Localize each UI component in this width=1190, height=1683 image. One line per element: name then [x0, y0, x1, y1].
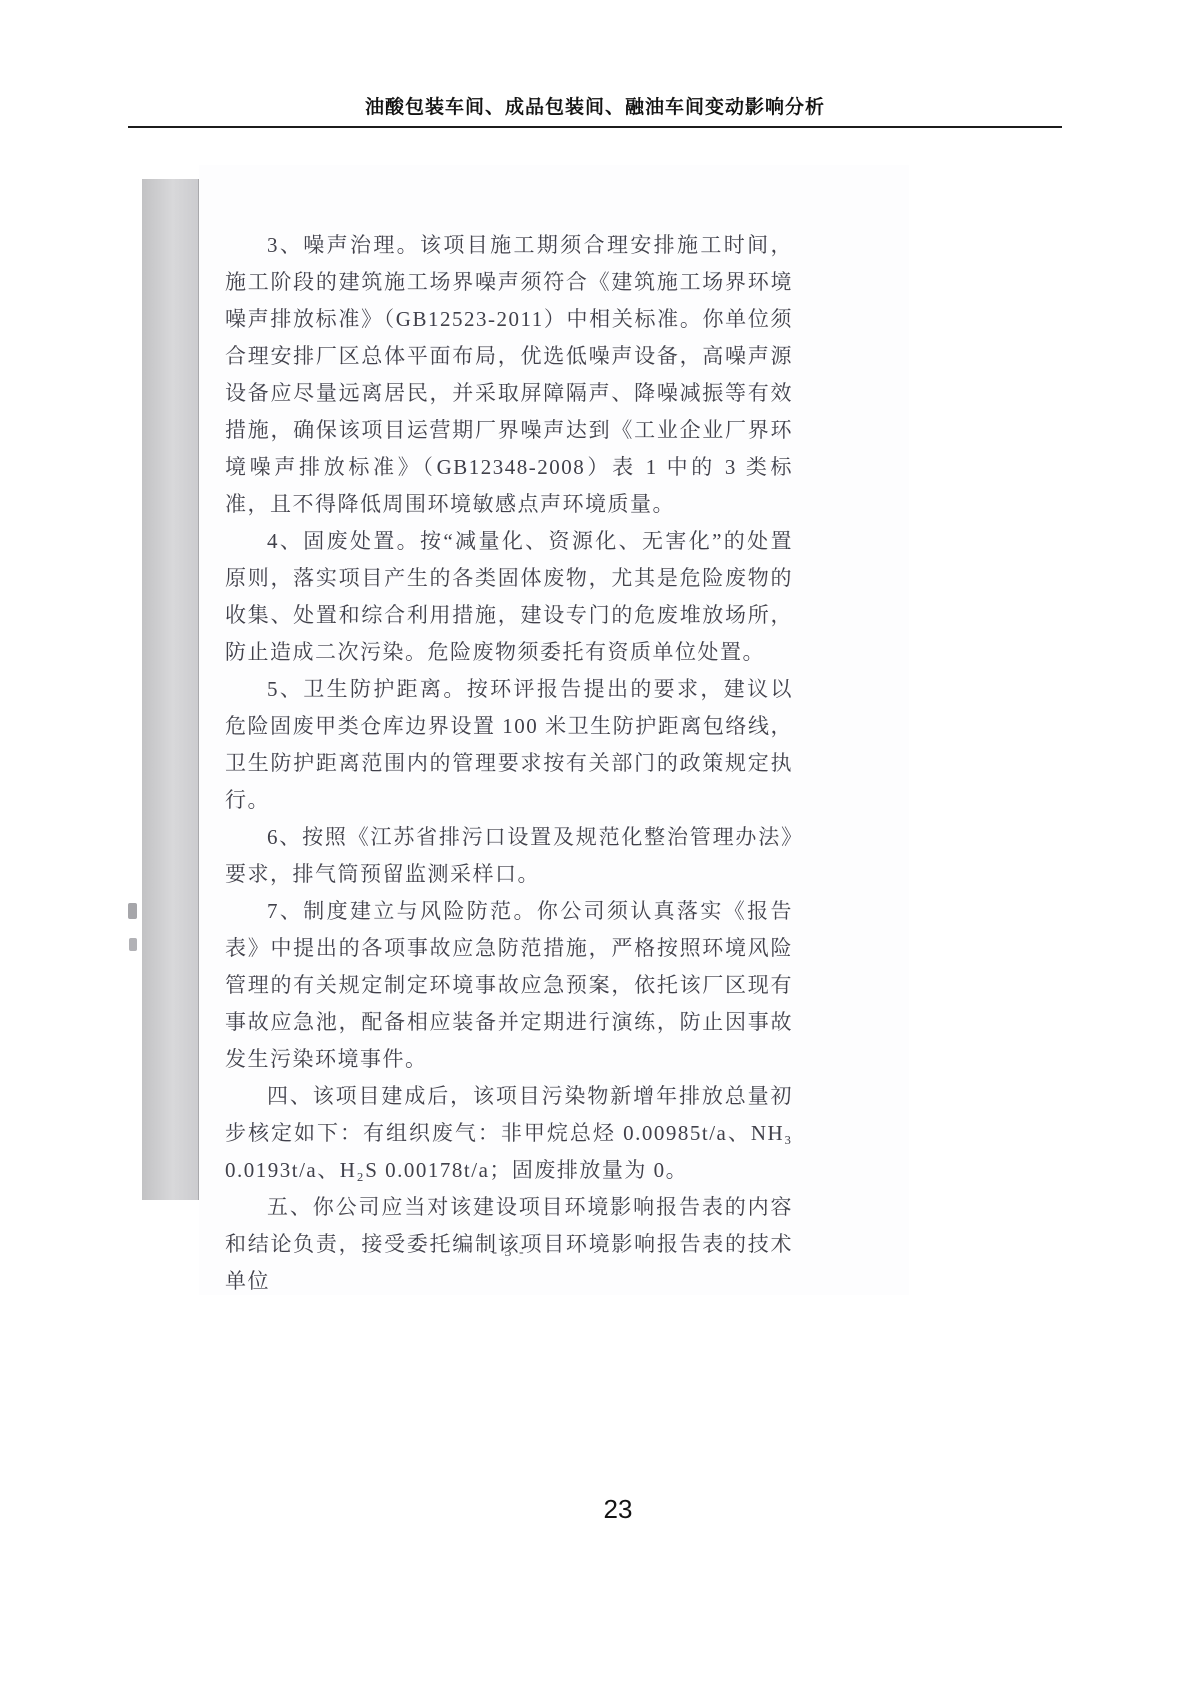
scan-paragraph-solid-waste: 4、固废处置。按“减量化、资源化、无害化”的处置原则，落实项目产生的各类固体废物… — [225, 523, 793, 671]
scan-artifact — [128, 903, 137, 919]
scan-paragraph-noise: 3、噪声治理。该项目施工期须合理安排施工时间，施工阶段的建筑施工场界噪声须符合《… — [225, 227, 793, 523]
scan-edge-shadow — [142, 179, 199, 1200]
scan-text-block: 3、噪声治理。该项目施工期须合理安排施工时间，施工阶段的建筑施工场界噪声须符合《… — [225, 227, 793, 1300]
scan-paragraph-outfall: 6、按照《江苏省排污口设置及规范化整治管理办法》要求，排气筒预留监测采样口。 — [225, 819, 793, 893]
document-page-number: 23 — [604, 1494, 633, 1525]
scan-paper: 3、噪声治理。该项目施工期须合理安排施工时间，施工阶段的建筑施工场界噪声须符合《… — [199, 165, 909, 1295]
scan-artifact — [129, 938, 137, 951]
scan-paragraph-risk-prevention: 7、制度建立与风险防范。你公司须认真落实《报告表》中提出的各项事故应急防范措施，… — [225, 893, 793, 1078]
scan-paragraph-emission-totals: 四、该项目建成后，该项目污染物新增年排放总量初步核定如下：有组织废气：非甲烷总烃… — [225, 1078, 793, 1189]
scanned-document: 3、噪声治理。该项目施工期须合理安排施工时间，施工阶段的建筑施工场界噪声须符合《… — [0, 0, 1190, 1683]
document-page: 油酸包装车间、成品包装间、融油车间变动影响分析 3、噪声治理。该项目施工期须合理… — [0, 0, 1190, 1683]
scan-page-number: - 3 - — [225, 1245, 793, 1261]
scan-paragraph-sanitary-distance: 5、卫生防护距离。按环评报告提出的要求，建议以危险固废甲类仓库边界设置 100 … — [225, 671, 793, 819]
